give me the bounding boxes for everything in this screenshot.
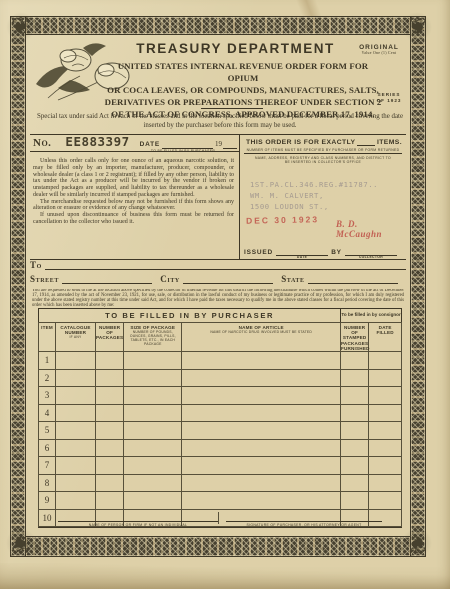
table-row: 8 (39, 474, 402, 492)
issued-date-caption: DATE (276, 255, 328, 259)
item-number: 6 (39, 439, 56, 457)
collector-office-caption: NAME, ADDRESS, REGISTRY AND CLASS NUMBER… (240, 156, 406, 165)
table-row: 3 (39, 387, 402, 405)
empty-cell (56, 457, 96, 475)
street-label: Street (30, 274, 59, 284)
table-row: 6 (39, 439, 402, 457)
item-number: 3 (39, 387, 56, 405)
item-number: 4 (39, 404, 56, 422)
table-row: 1 (39, 352, 402, 370)
purchaser-signature-line: SIGNATURE OF PURCHASER, OR HIS ATTORNEY … (226, 521, 382, 527)
col-date-filled: DATE FILLED (369, 323, 402, 352)
serial-number: EE883397 (65, 134, 129, 149)
subtitle-line: DERIVATIVES OR PREPARATIONS THEREOF UNDE… (104, 96, 382, 108)
empty-cell (124, 422, 182, 440)
empty-cell (341, 352, 369, 370)
collector-blank: COLLECTOR (345, 246, 397, 256)
table-section-header: TO BE FILLED IN BY PURCHASER To be fille… (38, 308, 402, 322)
order-section: No. EE883397 DATE 19 TO BE FILLED IN BY … (30, 134, 406, 260)
empty-cell (182, 492, 341, 510)
empty-cell (182, 422, 341, 440)
to-blank-line (45, 260, 406, 270)
form-title: TREASURY DEPARTMENT (118, 41, 353, 56)
table-bottom-rule (38, 527, 402, 528)
empty-cell (56, 404, 96, 422)
typewriter-stamp: 1ST.PA.CL.346.REG.#11787.. WM. M. CALVER… (250, 179, 378, 212)
empty-cell (124, 404, 182, 422)
empty-cell (369, 457, 402, 475)
empty-cell (124, 474, 182, 492)
empty-cell (182, 439, 341, 457)
corner-flourish-icon: ❦ (402, 528, 432, 558)
items-blank-line (357, 138, 374, 146)
empty-cell (182, 369, 341, 387)
serial-date-row: No. EE883397 DATE 19 TO BE FILLED IN BY … (30, 135, 239, 152)
conditions-text: Unless this order calls only for one oun… (30, 152, 239, 226)
empty-cell (369, 352, 402, 370)
empty-cell (341, 492, 369, 510)
table-row: 2 (39, 369, 402, 387)
table-row: 9 (39, 492, 402, 510)
subtitle-line: UNITED STATES INTERNAL REVENUE ORDER FOR… (104, 60, 382, 84)
collector-column: THIS ORDER IS FOR EXACTLY ITEMS. NUMBER … (240, 135, 406, 259)
to-row: To (30, 260, 406, 270)
special-tax-notice: Special tax under said Act in each of th… (34, 112, 406, 130)
ornate-border-bottom (10, 536, 426, 557)
item-number: 5 (39, 422, 56, 440)
ornate-border-top (10, 16, 426, 35)
ornate-border-right (410, 16, 426, 557)
empty-cell (369, 422, 402, 440)
empty-cell (182, 474, 341, 492)
order-items-table: TO BE FILLED IN BY PURCHASER To be fille… (38, 308, 402, 528)
consignor-section-header: To be filled in by consignor (341, 309, 401, 322)
items-count-row: THIS ORDER IS FOR EXACTLY ITEMS. (240, 135, 406, 146)
col-number-of-packages: NUMBER OF PACKAGES (95, 323, 123, 352)
item-number: 7 (39, 457, 56, 475)
purchaser-section-header: TO BE FILLED IN BY PURCHASER (39, 309, 341, 322)
col-stamped-packages: NUMBER OF STAMPED PACKAGES FURNISHED (341, 323, 369, 352)
empty-cell (124, 387, 182, 405)
col-item: ITEM (39, 323, 56, 352)
header-divider (201, 108, 263, 109)
empty-cell (56, 352, 96, 370)
issued-label: ISSUED (244, 249, 273, 256)
empty-cell (369, 404, 402, 422)
empty-cell (56, 422, 96, 440)
item-number: 8 (39, 474, 56, 492)
empty-cell (95, 352, 123, 370)
to-label: To (30, 260, 42, 270)
street-city-state-row: Street City State (30, 274, 406, 284)
exactly-label: THIS ORDER IS FOR EXACTLY (246, 139, 355, 146)
item-number: 2 (39, 369, 56, 387)
empty-cell (369, 369, 402, 387)
empty-cell (182, 457, 341, 475)
paper-crease (0, 563, 450, 589)
empty-cell (369, 387, 402, 405)
items-grid: ITEM CATALOGUE NUMBERIF ANY NUMBER OF PA… (38, 322, 402, 527)
empty-cell (341, 474, 369, 492)
stamp-address-line: 1500 LOUDON ST., (250, 201, 378, 212)
empty-cell (95, 457, 123, 475)
item-number: 9 (39, 492, 56, 510)
empty-cell (124, 369, 182, 387)
purchaser-column: No. EE883397 DATE 19 TO BE FILLED IN BY … (30, 135, 240, 259)
firm-name-line: NAME OF PERSON OR FIRM IF NOT AN INDIVID… (58, 521, 218, 527)
red-date-stamp: DEC 30 1923 (246, 214, 319, 226)
request-fine-print: You are requested to send to me at the l… (32, 289, 404, 308)
original-label: ORIGINAL (347, 44, 411, 51)
empty-cell (182, 352, 341, 370)
empty-cell (56, 474, 96, 492)
city-blank-line (183, 274, 273, 284)
empty-cell (341, 457, 369, 475)
empty-cell (95, 474, 123, 492)
number-label: No. (33, 137, 51, 149)
table-row: 5 (39, 422, 402, 440)
empty-cell (95, 404, 123, 422)
empty-cell (124, 457, 182, 475)
series-label: SERIES OF 1923 (366, 92, 412, 103)
empty-cell (341, 387, 369, 405)
empty-cell (95, 369, 123, 387)
table-row: 7 (39, 457, 402, 475)
empty-cell (124, 492, 182, 510)
col-catalogue-number: CATALOGUE NUMBERIF ANY (56, 323, 96, 352)
subtitle-line: OR COCA LEAVES, OR COMPOUNDS, MANUFACTUR… (104, 84, 382, 96)
col-size-of-package: SIZE OF PACKAGENUMBER OF POUNDS, OUNCES,… (124, 323, 182, 352)
empty-cell (56, 492, 96, 510)
conditions-paragraph: Unless this order calls only for one oun… (33, 158, 234, 199)
empty-cell (369, 474, 402, 492)
empty-cell (341, 422, 369, 440)
by-label: BY (331, 249, 342, 256)
series-line: OF 1923 (366, 98, 412, 104)
empty-cell (95, 439, 123, 457)
form-subtitle: UNITED STATES INTERNAL REVENUE ORDER FOR… (104, 60, 382, 120)
column-header-row: ITEM CATALOGUE NUMBERIF ANY NUMBER OF PA… (39, 323, 402, 352)
empty-cell (341, 369, 369, 387)
scanned-form-page: ❦ ❦ ❦ ❦ TREASURY DEPARTMENT (0, 0, 450, 589)
state-blank-line (308, 274, 398, 284)
items-label: ITEMS. (377, 139, 402, 146)
signature-divider (218, 512, 219, 524)
empty-cell (95, 492, 123, 510)
empty-cell (124, 439, 182, 457)
collector-caption: COLLECTOR (345, 255, 397, 259)
purchaser-signature-caption: SIGNATURE OF PURCHASER, OR HIS ATTORNEY … (226, 523, 382, 527)
original-copy-label: ORIGINAL Value One (1) Cent (347, 44, 411, 55)
empty-cell (95, 422, 123, 440)
red-signature-stamp: B. D. McCaughn (336, 219, 406, 239)
item-number: 10 (39, 509, 56, 527)
items-caption: NUMBER OF ITEMS MUST BE SPECIFIED BY PUR… (244, 148, 402, 154)
empty-cell (182, 404, 341, 422)
issued-by-row: ISSUED DATE BY COLLECTOR (244, 246, 400, 256)
empty-cell (56, 387, 96, 405)
item-number: 1 (39, 352, 56, 370)
empty-cell (369, 439, 402, 457)
corner-flourish-icon: ❦ (402, 12, 432, 42)
empty-cell (369, 492, 402, 510)
ornate-border-left (10, 16, 26, 557)
state-label: State (281, 274, 304, 284)
empty-cell (124, 352, 182, 370)
col-name-of-article: NAME OF ARTICLENAME OF NARCOTIC DRUG INV… (182, 323, 341, 352)
street-blank-line (62, 274, 152, 284)
conditions-paragraph: If unused upon discontinuance of busines… (33, 212, 234, 226)
empty-cell (56, 439, 96, 457)
firm-name-caption: NAME OF PERSON OR FIRM IF NOT AN INDIVID… (58, 523, 218, 527)
empty-cell (341, 439, 369, 457)
empty-cell (182, 387, 341, 405)
corner-flourish-icon: ❦ (6, 528, 36, 558)
original-sublabel: Value One (1) Cent (347, 51, 411, 55)
date-caption: TO BE FILLED IN BY PURCHASER (128, 149, 238, 153)
issued-date-blank: DATE (276, 246, 328, 256)
stamp-name-line: WM. M. CALVERT, (250, 190, 378, 201)
empty-cell (341, 404, 369, 422)
empty-cell (95, 387, 123, 405)
empty-cell (56, 369, 96, 387)
city-label: City (160, 274, 180, 284)
table-row: 4 (39, 404, 402, 422)
stamp-registry-line: 1ST.PA.CL.346.REG.#11787.. (250, 179, 378, 190)
conditions-paragraph: The merchandise requested below may not … (33, 199, 234, 213)
